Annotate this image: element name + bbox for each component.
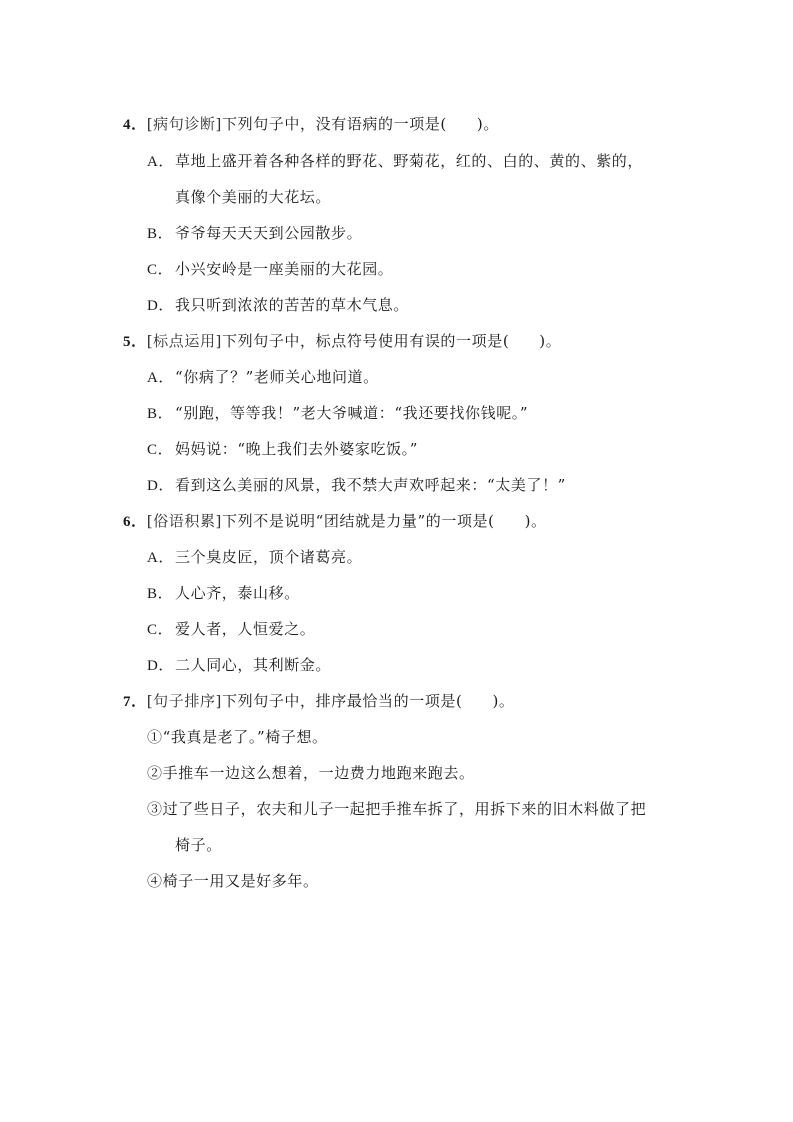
- question-7-stem: 7．[句子排序]下列句子中，排序最恰当的一项是()。: [123, 691, 515, 712]
- question-7-item-2: ②手推车一边这么想着，一边费力地跑来跑去。: [147, 763, 475, 783]
- question-tag: [病句诊断]: [147, 115, 222, 133]
- question-number: 6．: [123, 514, 147, 530]
- stem-end: )。: [539, 332, 561, 350]
- sentence-text: ①“我真是老了。”椅子想。: [147, 728, 328, 746]
- option-label: B．: [147, 584, 175, 604]
- question-4-option-c: C．小兴安岭是一座美丽的大花园。: [147, 259, 393, 280]
- sentence-text: ④椅子一用又是好多年。: [147, 872, 319, 890]
- question-stem: 下列不是说明“团结就是力量”的一项是(: [222, 512, 495, 530]
- question-4-option-a-continuation: 真像个美丽的大花坛。: [175, 187, 331, 207]
- option-label: D．: [147, 296, 175, 316]
- question-6-option-d: D．二人同心，其利断金。: [147, 655, 331, 676]
- sentence-text-continuation: 椅子。: [175, 836, 222, 854]
- stem-end: )。: [525, 512, 547, 530]
- sentence-text: ②手推车一边这么想着，一边费力地跑来跑去。: [147, 764, 475, 782]
- question-6-option-b: B．人心齐，泰山移。: [147, 583, 300, 604]
- question-6-option-c: C．爱人者，人恒爱之。: [147, 619, 315, 640]
- option-label: A．: [147, 152, 175, 172]
- question-4-stem: 4．[病句诊断]下列句子中，没有语病的一项是()。: [123, 114, 499, 135]
- question-6-option-a: A．三个臭皮匠，顶个诸葛亮。: [147, 547, 362, 568]
- stem-end: )。: [492, 692, 514, 710]
- question-5-stem: 5．[标点运用]下列句子中，标点符号使用有误的一项是()。: [123, 331, 561, 352]
- question-number: 4．: [123, 117, 147, 133]
- question-tag: [俗语积累]: [147, 512, 222, 530]
- question-stem: 下列句子中，没有语病的一项是(: [222, 115, 447, 133]
- option-label: C．: [147, 260, 175, 280]
- option-text: 三个臭皮匠，顶个诸葛亮。: [175, 548, 362, 566]
- question-7-item-4: ④椅子一用又是好多年。: [147, 871, 319, 891]
- option-label: B．: [147, 404, 175, 424]
- option-label: C．: [147, 440, 175, 460]
- option-label: D．: [147, 656, 175, 676]
- option-text: 妈妈说：“晚上我们去外婆家吃饭。”: [175, 440, 418, 458]
- exam-page: 4．[病句诊断]下列句子中，没有语病的一项是()。 A．草地上盛开着各种各样的野…: [0, 0, 793, 1122]
- question-stem: 下列句子中，标点符号使用有误的一项是(: [222, 332, 509, 350]
- option-text: 我只听到浓浓的苦苦的草木气息。: [175, 296, 409, 314]
- question-7-item-3: ③过了些日子，农夫和儿子一起把手推车拆了，用拆下来的旧木料做了把: [147, 799, 646, 819]
- option-label: C．: [147, 620, 175, 640]
- option-text: “别跑，等等我！”老大爷喊道：“我还要找你钱呢。”: [175, 404, 528, 422]
- stem-end: )。: [477, 115, 499, 133]
- question-tag: [标点运用]: [147, 332, 222, 350]
- option-label: A．: [147, 368, 175, 388]
- option-label: D．: [147, 476, 175, 496]
- question-number: 5．: [123, 334, 147, 350]
- question-5-option-c: C．妈妈说：“晚上我们去外婆家吃饭。”: [147, 439, 418, 460]
- option-text: 看到这么美丽的风景，我不禁大声欢呼起来：“太美了！”: [175, 476, 566, 494]
- option-text: 爱人者，人恒爱之。: [175, 620, 315, 638]
- question-7-item-1: ①“我真是老了。”椅子想。: [147, 727, 328, 747]
- question-6-stem: 6．[俗语积累]下列不是说明“团结就是力量”的一项是()。: [123, 511, 547, 532]
- option-label: B．: [147, 224, 175, 244]
- option-text: “你病了？”老师关心地问道。: [175, 368, 379, 386]
- question-4-option-a: A．草地上盛开着各种各样的野花、野菊花，红的、白的、黄的、紫的，: [147, 151, 643, 172]
- option-text: 爷爷每天天天到公园散步。: [175, 224, 362, 242]
- question-4-option-d: D．我只听到浓浓的苦苦的草木气息。: [147, 295, 409, 316]
- option-text: 二人同心，其利断金。: [175, 656, 331, 674]
- question-stem: 下列句子中，排序最恰当的一项是(: [222, 692, 462, 710]
- question-number: 7．: [123, 694, 147, 710]
- question-5-option-b: B．“别跑，等等我！”老大爷喊道：“我还要找你钱呢。”: [147, 403, 528, 424]
- option-text: 小兴安岭是一座美丽的大花园。: [175, 260, 393, 278]
- sentence-text: ③过了些日子，农夫和儿子一起把手推车拆了，用拆下来的旧木料做了把: [147, 800, 646, 818]
- option-text: 人心齐，泰山移。: [175, 584, 300, 602]
- question-tag: [句子排序]: [147, 692, 222, 710]
- question-5-option-d: D．看到这么美丽的风景，我不禁大声欢呼起来：“太美了！”: [147, 475, 566, 496]
- question-5-option-a: A．“你病了？”老师关心地问道。: [147, 367, 379, 388]
- question-7-item-3-continuation: 椅子。: [175, 835, 222, 855]
- option-label: A．: [147, 548, 175, 568]
- question-4-option-b: B．爷爷每天天天到公园散步。: [147, 223, 362, 244]
- option-text: 草地上盛开着各种各样的野花、野菊花，红的、白的、黄的、紫的，: [175, 152, 643, 170]
- option-text-continuation: 真像个美丽的大花坛。: [175, 188, 331, 206]
